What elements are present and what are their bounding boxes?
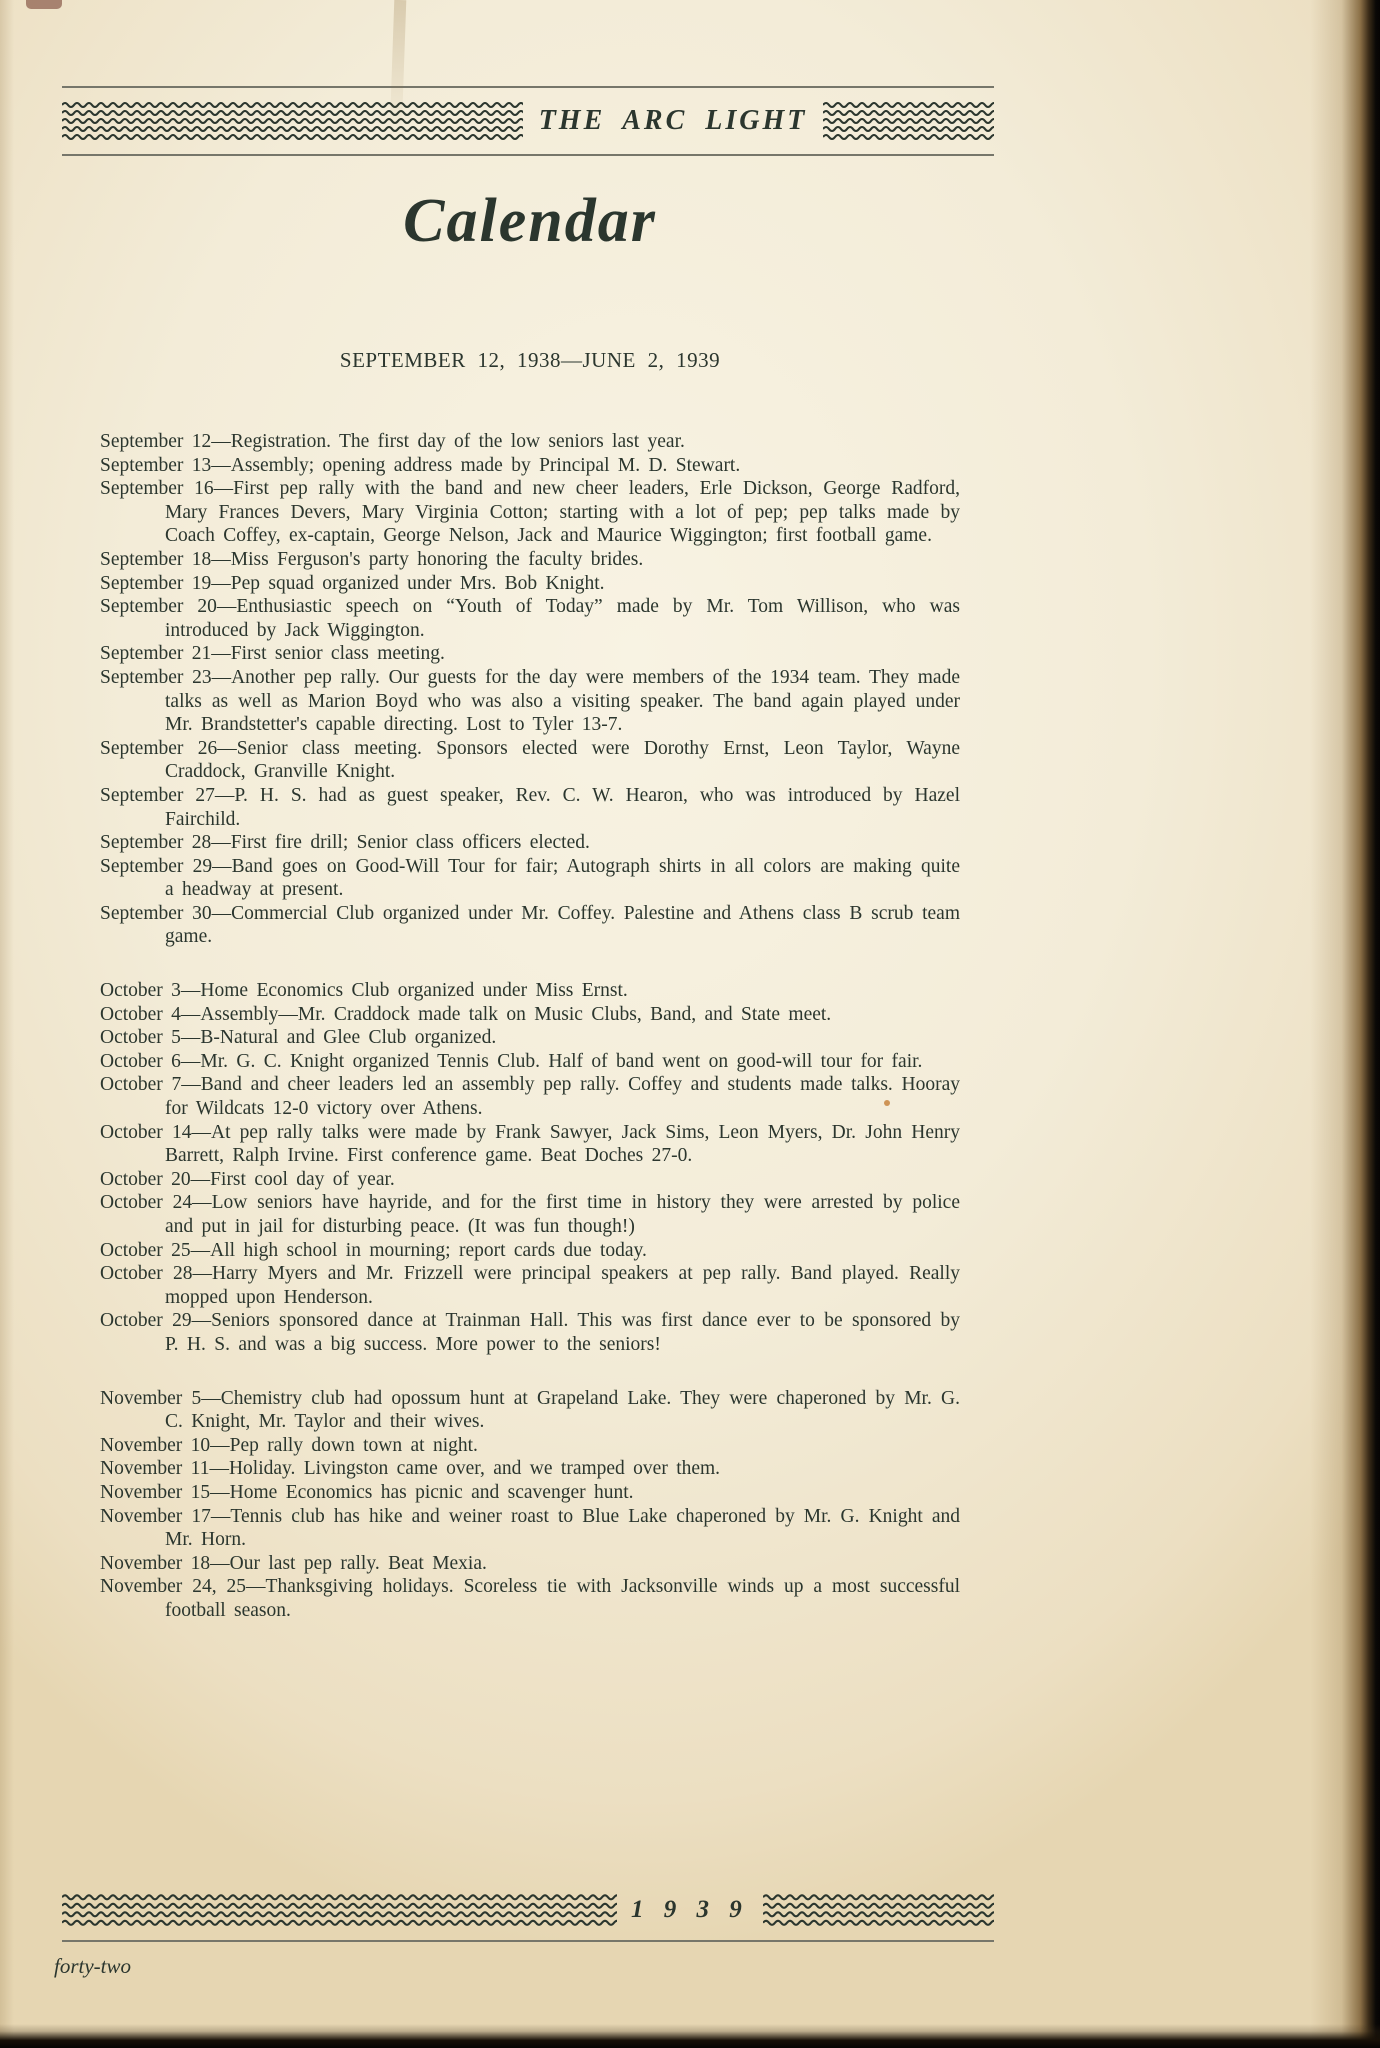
wave-ornament-left bbox=[62, 101, 523, 141]
paper-speck bbox=[884, 1100, 890, 1106]
header-band: THE ARC LIGHT bbox=[62, 101, 994, 141]
calendar-entry: November 5—Chemistry club had opossum hu… bbox=[100, 1387, 960, 1434]
month-section-october: October 3—Home Economics Club organized … bbox=[100, 979, 960, 1357]
calendar-entry: October 3—Home Economics Club organized … bbox=[100, 979, 960, 1003]
calendar-entry: October 5—B-Natural and Glee Club organi… bbox=[100, 1026, 960, 1050]
calendar-entry: October 25—All high school in mourning; … bbox=[100, 1239, 960, 1263]
month-section-november: November 5—Chemistry club had opossum hu… bbox=[100, 1387, 960, 1623]
page-edge-right bbox=[1310, 0, 1380, 2048]
page-edge-left bbox=[0, 0, 14, 2048]
footer-year: 1 9 3 9 bbox=[617, 1896, 763, 1924]
calendar-entry: October 24—Low seniors have hayride, and… bbox=[100, 1191, 960, 1238]
calendar-entry: October 4—Assembly—Mr. Craddock made tal… bbox=[100, 1003, 960, 1027]
calendar-entry: September 12—Registration. The first day… bbox=[100, 430, 960, 454]
calendar-entry: September 29—Band goes on Good-Will Tour… bbox=[100, 855, 960, 902]
calendar-entry: November 24, 25—Thanksgiving holidays. S… bbox=[100, 1575, 960, 1622]
header-title: THE ARC LIGHT bbox=[523, 105, 824, 137]
page-footer: 1 9 3 9 forty-two bbox=[62, 1880, 994, 1979]
calendar-entry: November 11—Holiday. Livingston came ove… bbox=[100, 1457, 960, 1481]
month-section-september: September 12—Registration. The first day… bbox=[100, 430, 960, 949]
calendar-entry: October 20—First cool day of year. bbox=[100, 1168, 960, 1192]
header-bottom-rule bbox=[62, 154, 994, 156]
page-title: Calendar bbox=[100, 186, 960, 257]
header-top-rule bbox=[62, 86, 994, 88]
calendar-entry: September 13—Assembly; opening address m… bbox=[100, 454, 960, 478]
footer-band: 1 9 3 9 bbox=[62, 1893, 994, 1927]
date-range-subtitle: SEPTEMBER 12, 1938—JUNE 2, 1939 bbox=[100, 348, 960, 373]
calendar-entry: November 17—Tennis club has hike and wei… bbox=[100, 1505, 960, 1552]
calendar-entry: November 15—Home Economics has picnic an… bbox=[100, 1481, 960, 1505]
yearbook-page: THE ARC LIGHT Calendar SEPTEMBER 12, 193… bbox=[0, 0, 1380, 2048]
wave-ornament-footer-right bbox=[763, 1893, 994, 1927]
corner-mark bbox=[26, 0, 62, 9]
calendar-entry: September 26—Senior class meeting. Spons… bbox=[100, 737, 960, 784]
calendar-entry: October 6—Mr. G. C. Knight organized Ten… bbox=[100, 1050, 960, 1074]
calendar-entry: September 16—First pep rally with the ba… bbox=[100, 477, 960, 548]
footer-rule bbox=[62, 1940, 994, 1942]
wave-ornament-footer-left bbox=[62, 1893, 617, 1927]
calendar-entry: October 7—Band and cheer leaders led an … bbox=[100, 1073, 960, 1120]
calendar-entry: September 21—First senior class meeting. bbox=[100, 642, 960, 666]
calendar-entry: October 14—At pep rally talks were made … bbox=[100, 1121, 960, 1168]
wave-ornament-right bbox=[823, 101, 994, 141]
calendar-entry: September 19—Pep squad organized under M… bbox=[100, 572, 960, 596]
page-header: THE ARC LIGHT bbox=[62, 86, 994, 156]
calendar-entry: September 30—Commercial Club organized u… bbox=[100, 902, 960, 949]
calendar-entry: September 18—Miss Ferguson's party honor… bbox=[100, 548, 960, 572]
calendar-entry: November 10—Pep rally down town at night… bbox=[100, 1434, 960, 1458]
calendar-entry: September 28—First fire drill; Senior cl… bbox=[100, 831, 960, 855]
calendar-entry: September 27—P. H. S. had as guest speak… bbox=[100, 784, 960, 831]
calendar-entry: November 18—Our last pep rally. Beat Mex… bbox=[100, 1552, 960, 1576]
page-number: forty-two bbox=[54, 1954, 994, 1979]
calendar-entry: October 28—Harry Myers and Mr. Frizzell … bbox=[100, 1262, 960, 1309]
calendar-entry: October 29—Seniors sponsored dance at Tr… bbox=[100, 1309, 960, 1356]
calendar-entries: September 12—Registration. The first day… bbox=[100, 430, 960, 1623]
calendar-entry: September 20—Enthusiastic speech on “You… bbox=[100, 595, 960, 642]
calendar-entry: September 23—Another pep rally. Our gues… bbox=[100, 666, 960, 737]
page-edge-bottom bbox=[0, 2024, 1380, 2048]
